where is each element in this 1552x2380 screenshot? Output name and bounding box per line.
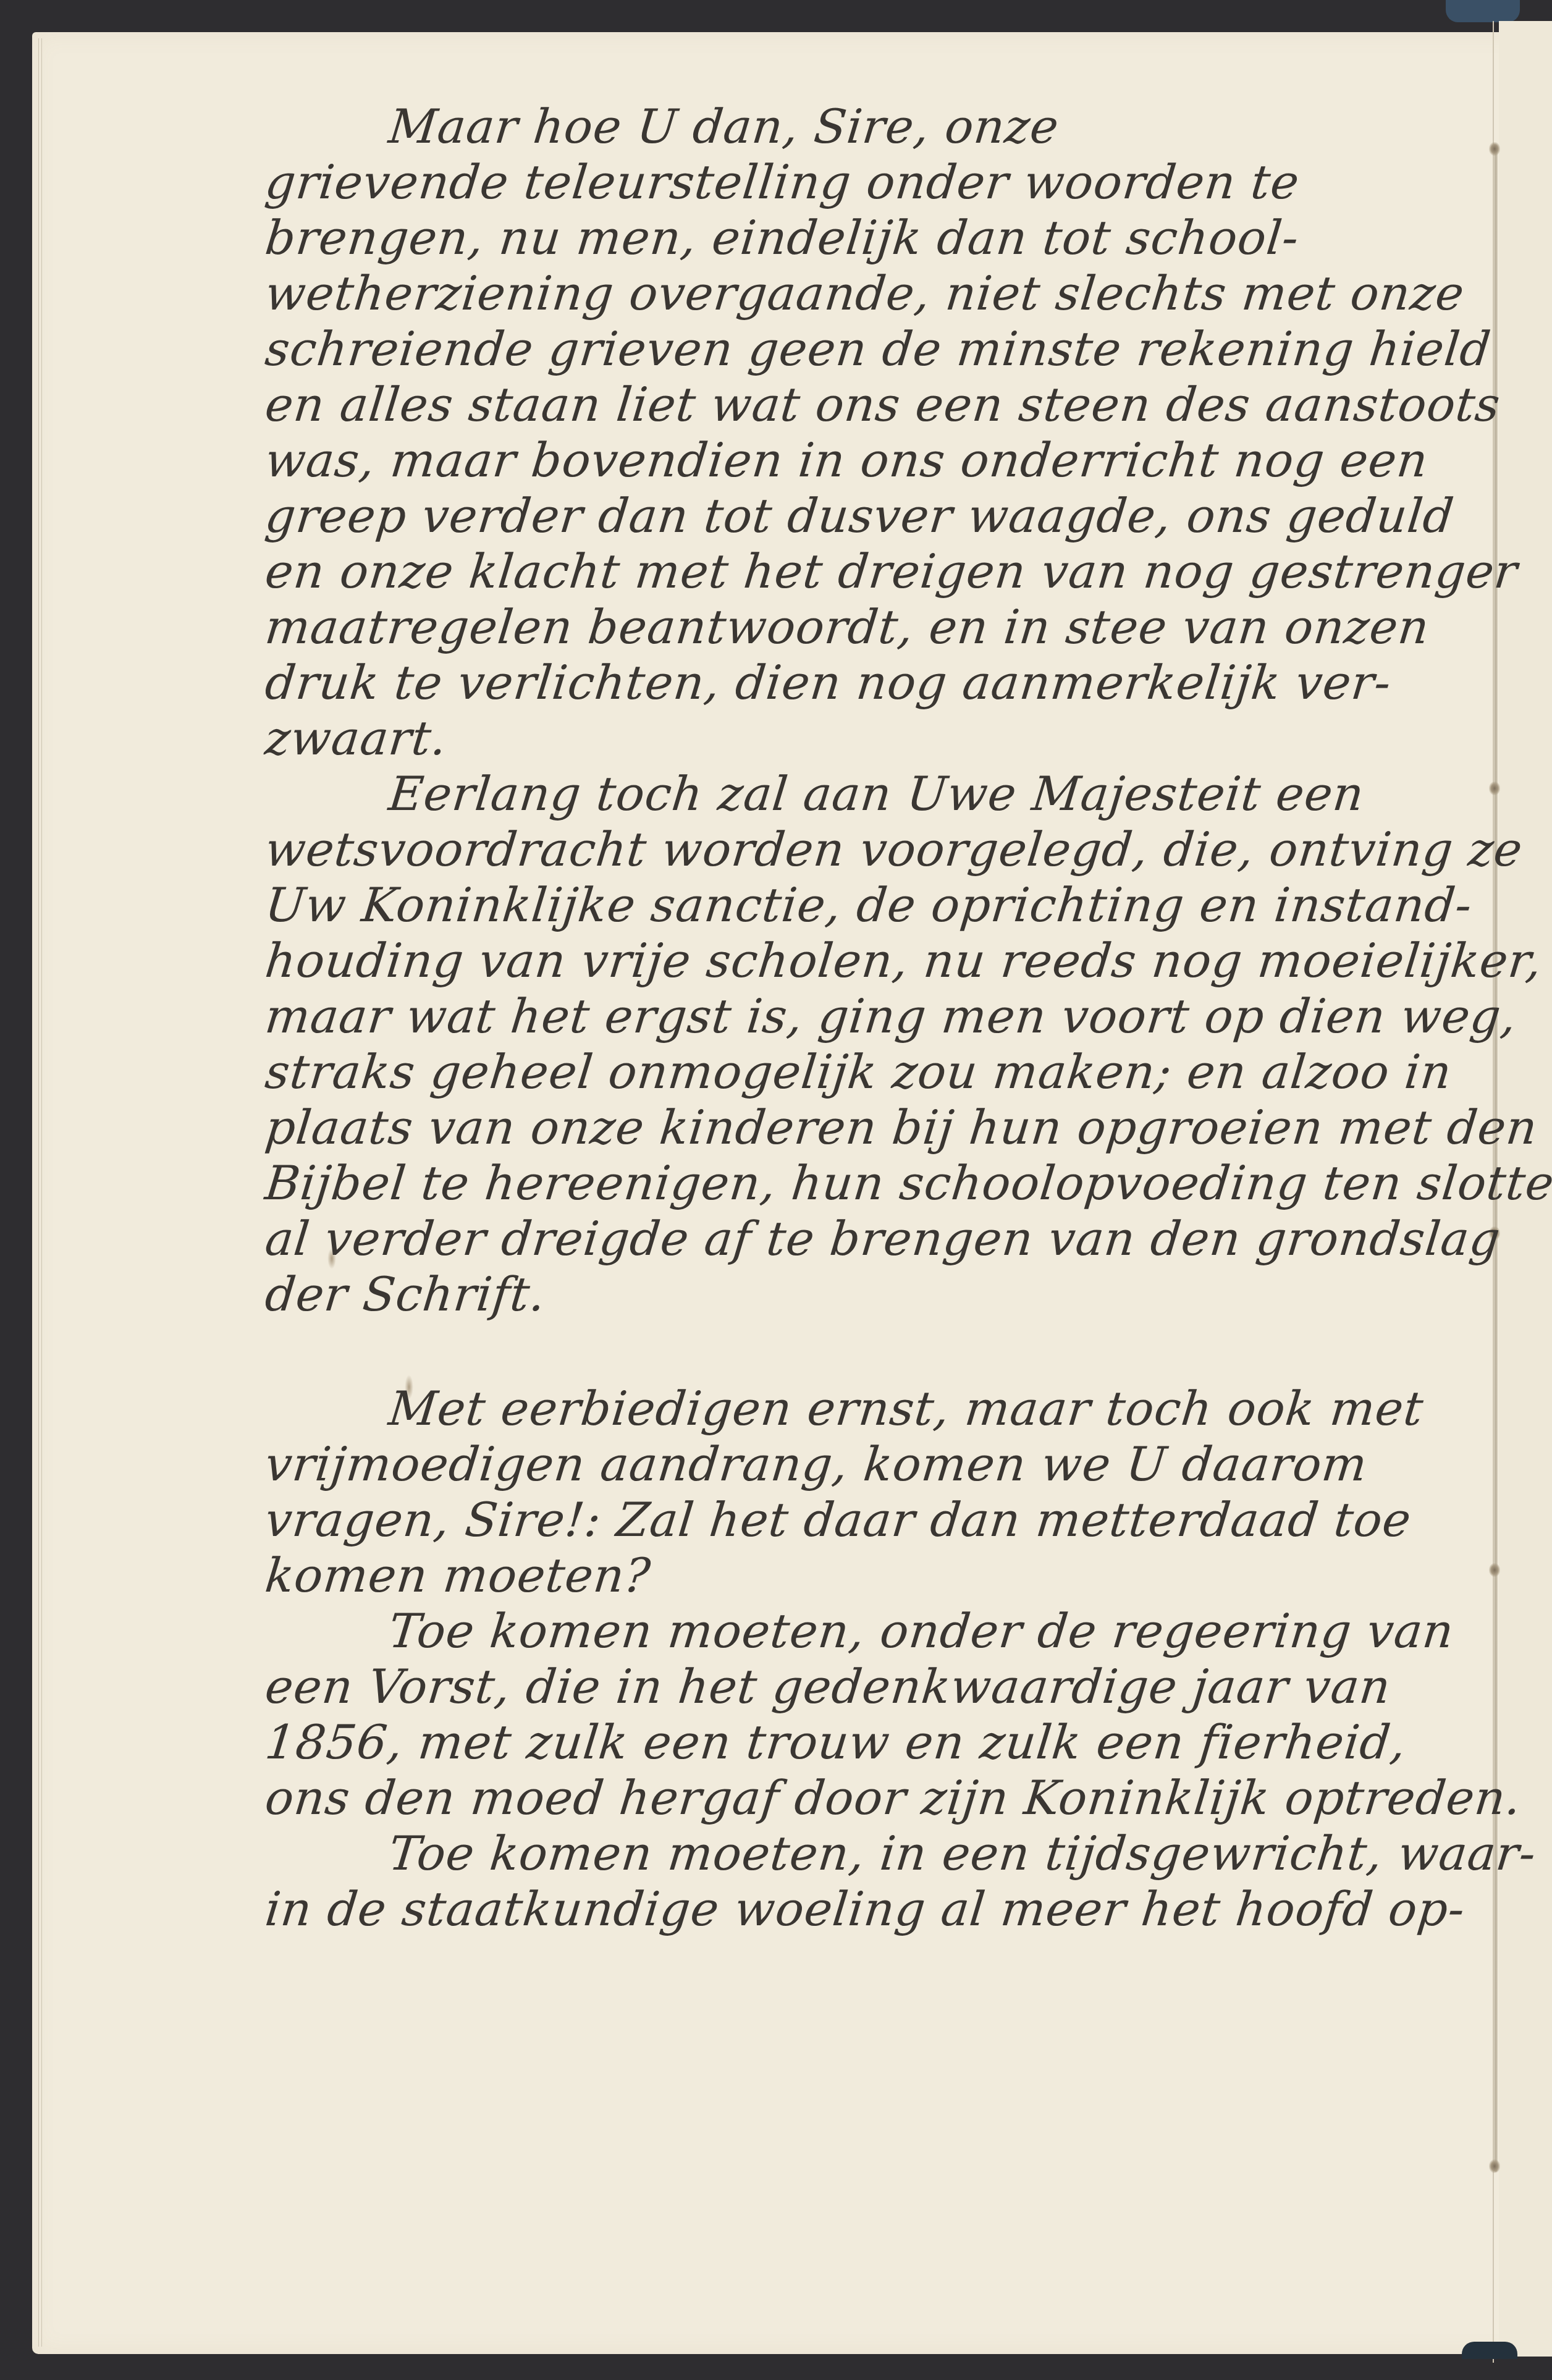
paragraph-5: Toe komen moeten, in een tijdsgewricht, …	[263, 1826, 1492, 1937]
text-line: schreiende grieven geen de minste rekeni…	[263, 321, 1498, 377]
text-line: houding van vrije scholen, nu reeds nog …	[263, 933, 1498, 989]
text-line: wetherziening overgaande, niet slechts m…	[263, 266, 1498, 321]
text-line: maar wat het ergst is, ging men voort op…	[263, 989, 1498, 1044]
text-line: Eerlang toch zal aan Uwe Majesteit een	[263, 766, 1498, 822]
text-line: vrijmoedigen aandrang, komen we U daarom	[263, 1437, 1498, 1492]
text-line: vragen, Sire!: Zal het daar dan metterda…	[263, 1492, 1498, 1548]
binding-stitch	[1489, 2159, 1500, 2173]
text-line: een Vorst, die in het gedenkwaardige jaa…	[263, 1659, 1498, 1715]
text-line: brengen, nu men, eindelijk dan tot schoo…	[263, 210, 1498, 266]
paragraph-1: Maar hoe U dan, Sire, onze grievende tel…	[263, 99, 1492, 766]
text-line: der Schrift.	[263, 1267, 1498, 1322]
paragraph-3: Met eerbiedigen ernst, maar toch ook met…	[263, 1381, 1492, 1603]
text-line: Toe komen moeten, in een tijdsgewricht, …	[263, 1826, 1498, 1881]
paragraph-4: Toe komen moeten, onder de regeering van…	[263, 1603, 1492, 1826]
text-line: maatregelen beantwoordt, en in stee van …	[263, 599, 1498, 655]
page-edge-rule	[38, 38, 42, 2347]
text-line: en onze klacht met het dreigen van nog g…	[263, 544, 1498, 599]
scanned-document: Maar hoe U dan, Sire, onze grievende tel…	[0, 0, 1552, 2380]
text-line: ons den moed hergaf door zijn Koninklijk…	[263, 1770, 1498, 1826]
text-line: zwaart.	[263, 711, 1498, 766]
text-line: wetsvoordracht worden voorgelegd, die, o…	[263, 822, 1498, 877]
text-line: al verder dreigde af te brengen van den …	[263, 1211, 1498, 1267]
text-line: Bijbel te hereenigen, hun schoolopvoedin…	[263, 1155, 1498, 1211]
text-line: in de staatkundige woeling al meer het h…	[263, 1881, 1498, 1937]
paragraph-2: Eerlang toch zal aan Uwe Majesteit een w…	[263, 766, 1492, 1322]
text-line: Uw Koninklijke sanctie, de oprichting en…	[263, 877, 1498, 933]
text-line: greep verder dan tot dusver waagde, ons …	[263, 488, 1498, 544]
text-line: komen moeten?	[263, 1548, 1498, 1603]
text-line: druk te verlichten, dien nog aanmerkelij…	[263, 655, 1498, 711]
text-line: Met eerbiedigen ernst, maar toch ook met	[263, 1381, 1498, 1437]
text-line: plaats van onze kinderen bij hun opgroei…	[263, 1100, 1498, 1155]
binding-ribbon-top	[1446, 0, 1520, 22]
text-line: Maar hoe U dan, Sire, onze	[263, 99, 1498, 154]
letter-body: Maar hoe U dan, Sire, onze grievende tel…	[263, 99, 1492, 1937]
text-line: straks geheel onmogelijk zou maken; en a…	[263, 1044, 1498, 1100]
text-line: grievende teleurstelling onder woorden t…	[263, 154, 1498, 210]
text-line: 1856, met zulk een trouw en zulk een fie…	[263, 1715, 1498, 1770]
text-line: en alles staan liet wat ons een steen de…	[263, 377, 1498, 433]
text-line: Toe komen moeten, onder de regeering van	[263, 1603, 1498, 1659]
binding-ribbon-bottom	[1462, 2342, 1517, 2359]
text-line: was, maar bovendien in ons onderricht no…	[263, 433, 1498, 488]
